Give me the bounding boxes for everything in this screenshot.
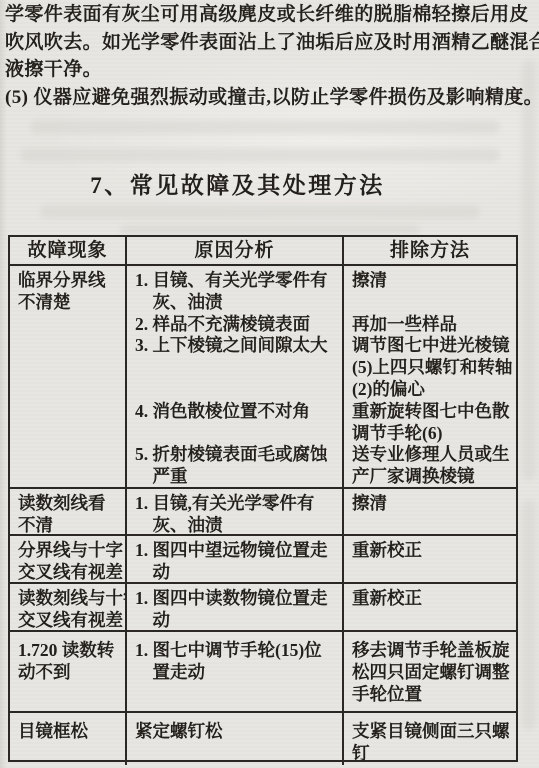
intro-paragraph: 学零件表面有灰尘可用高级麂皮或长纤维的脱脂棉轻擦后用皮吹风吹去。如光学零件表面沾… bbox=[5, 1, 537, 111]
table-row: 分界线与十字交叉线有视差 1. 图四中望远物镜位置走 动 重新校正 bbox=[10, 534, 516, 582]
cell-cause: 1. 目镜,有关光学零件有 灰、油渍 bbox=[127, 489, 344, 534]
text-line: 1. 图七中调节手轮(15)位 bbox=[135, 640, 338, 662]
cell-phenomenon: 分界线与十字交叉线有视差 bbox=[10, 536, 127, 582]
text-line: 1.720 读数转 bbox=[18, 640, 121, 662]
text-line: 5. 折射棱镜表面毛或腐蚀 bbox=[135, 444, 338, 466]
text-line: (5) 仪器应避免强烈振动或撞击,以防止学零件损伤及影响精度。 bbox=[5, 84, 537, 112]
text-line: 调节手轮(6) bbox=[352, 423, 512, 445]
text-line: 送专业修理人员或生 bbox=[352, 444, 512, 466]
text-line: 2. 样品不充满棱镜表面 bbox=[135, 314, 338, 336]
text-line: 1. 目镜,有关光学零件有 bbox=[135, 493, 338, 515]
column-header-cause: 原因分析 bbox=[127, 237, 344, 264]
cell-remedy: 重新校正 bbox=[344, 536, 516, 582]
text-line: 1. 目镜、有关光学零件有 bbox=[135, 270, 338, 292]
text-line: 支紧目镜侧面三只螺 bbox=[352, 721, 512, 743]
text-line bbox=[352, 292, 512, 314]
text-line: 读数刻线看 bbox=[18, 493, 121, 515]
bleedthrough-smudge bbox=[20, 148, 500, 162]
cell-remedy: 擦清 bbox=[344, 489, 516, 534]
cell-cause: 1. 目镜、有关光学零件有 灰、油渍2. 样品不充满棱镜表面3. 上下棱镜之间间… bbox=[127, 266, 344, 487]
text-line: 学零件表面有灰尘可用高级麂皮或长纤维的脱脂棉轻擦后用皮 bbox=[5, 1, 537, 29]
cell-phenomenon: 1.720 读数转动不到 bbox=[10, 632, 127, 711]
document-page: 学零件表面有灰尘可用高级麂皮或长纤维的脱脂棉轻擦后用皮吹风吹去。如光学零件表面沾… bbox=[0, 0, 539, 768]
column-header-remedy: 排除方法 bbox=[344, 237, 516, 264]
text-line: 重新校正 bbox=[352, 588, 512, 610]
text-line: 重新校正 bbox=[352, 540, 512, 562]
text-line: 分界线与十字 bbox=[18, 540, 121, 562]
cell-cause: 紧定螺钉松 bbox=[127, 713, 344, 765]
text-line: 再加一些样品 bbox=[352, 314, 512, 336]
table-row: 1.720 读数转动不到 1. 图七中调节手轮(15)位 置走动 移去调节手轮盖… bbox=[10, 630, 516, 711]
fault-troubleshooting-table: 故障现象 原因分析 排除方法 临界分界线不清楚 1. 目镜、有关光学零件有 灰、… bbox=[8, 235, 518, 762]
cell-phenomenon: 目镜框松 bbox=[10, 713, 127, 765]
table-header-row: 故障现象 原因分析 排除方法 bbox=[10, 237, 516, 264]
text-line: 不清 bbox=[18, 515, 121, 534]
text-line: 置走动 bbox=[135, 662, 338, 684]
cell-remedy: 重新校正 bbox=[344, 584, 516, 630]
text-line: 重新旋转图七中色散 bbox=[352, 401, 512, 423]
text-line: 擦清 bbox=[352, 270, 512, 292]
cell-cause: 1. 图四中望远物镜位置走 动 bbox=[127, 536, 344, 582]
text-line bbox=[135, 379, 338, 401]
column-header-phenomenon: 故障现象 bbox=[10, 237, 127, 264]
text-line: 调节图七中进光棱镜 bbox=[352, 335, 512, 357]
cell-remedy: 擦清 再加一些样品调节图七中进光棱镜(5)上四只螺钉和转轴(2)的偏心重新旋转图… bbox=[344, 266, 516, 487]
text-line bbox=[135, 423, 338, 445]
cell-phenomenon: 读数刻线看不清 bbox=[10, 489, 127, 534]
bleedthrough-smudge bbox=[30, 120, 500, 134]
text-line: 动 bbox=[135, 562, 338, 582]
table-row: 读数刻线与十字交叉线有视差 1. 图四中读数物镜位置走 动 重新校正 bbox=[10, 582, 516, 630]
text-line: 液擦干净。 bbox=[5, 56, 537, 84]
text-line: 临界分界线 bbox=[18, 270, 121, 292]
text-line: 不清楚 bbox=[18, 292, 121, 314]
text-line: 手轮位置 bbox=[352, 684, 512, 706]
section-heading: 7、常见故障及其处理方法 bbox=[0, 167, 507, 200]
text-line: 松四只固定螺钉调整 bbox=[352, 662, 512, 684]
text-line: 读数刻线与十字 bbox=[18, 588, 121, 610]
text-line: 目镜框松 bbox=[18, 721, 121, 743]
text-line: 4. 消色散棱位置不对角 bbox=[135, 401, 338, 423]
text-line: 交叉线有视差 bbox=[18, 610, 121, 630]
text-line: 紧定螺钉松 bbox=[135, 721, 338, 743]
cell-phenomenon: 读数刻线与十字交叉线有视差 bbox=[10, 584, 127, 630]
cell-remedy: 移去调节手轮盖板旋松四只固定螺钉调整手轮位置 bbox=[344, 632, 516, 711]
scanned-manual-page: { "page": { "intro_lines": [ "学零件表面有灰尘可用… bbox=[0, 0, 539, 768]
bleedthrough-smudge bbox=[120, 225, 420, 234]
text-line: 严重 bbox=[135, 466, 338, 487]
text-line: 3. 上下棱镜之间间隙太大 bbox=[135, 335, 338, 357]
text-line: 擦清 bbox=[352, 493, 512, 515]
cell-cause: 1. 图七中调节手轮(15)位 置走动 bbox=[127, 632, 344, 711]
table-row: 读数刻线看不清 1. 目镜,有关光学零件有 灰、油渍 擦清 bbox=[10, 487, 516, 534]
cell-cause: 1. 图四中读数物镜位置走 动 bbox=[127, 584, 344, 630]
cell-remedy: 支紧目镜侧面三只螺钉 bbox=[344, 713, 516, 765]
text-line: 灰、油渍 bbox=[135, 292, 338, 314]
text-line: 1. 图四中读数物镜位置走 bbox=[135, 588, 338, 610]
text-line: 动不到 bbox=[18, 662, 121, 684]
bleedthrough-smudge bbox=[522, 60, 536, 480]
text-line: 动 bbox=[135, 610, 338, 630]
text-line: 交叉线有视差 bbox=[18, 562, 121, 582]
bleedthrough-smudge bbox=[522, 500, 536, 730]
bleedthrough-smudge bbox=[40, 205, 480, 218]
text-line: 移去调节手轮盖板旋 bbox=[352, 640, 512, 662]
table-row: 临界分界线不清楚 1. 目镜、有关光学零件有 灰、油渍2. 样品不充满棱镜表面3… bbox=[10, 264, 516, 487]
text-line: (5)上四只螺钉和转轴 bbox=[352, 357, 512, 379]
text-line: 灰、油渍 bbox=[135, 515, 338, 534]
text-line bbox=[135, 357, 338, 379]
text-line: 1. 图四中望远物镜位置走 bbox=[135, 540, 338, 562]
text-line: 产厂家调换棱镜 bbox=[352, 466, 512, 487]
text-line: (2)的偏心 bbox=[352, 379, 512, 401]
text-line: 钉 bbox=[352, 743, 512, 765]
table-row: 目镜框松 紧定螺钉松 支紧目镜侧面三只螺钉 bbox=[10, 711, 516, 765]
text-line: 吹风吹去。如光学零件表面沾上了油垢后应及时用酒精乙醚混合 bbox=[5, 29, 537, 57]
cell-phenomenon: 临界分界线不清楚 bbox=[10, 266, 127, 487]
